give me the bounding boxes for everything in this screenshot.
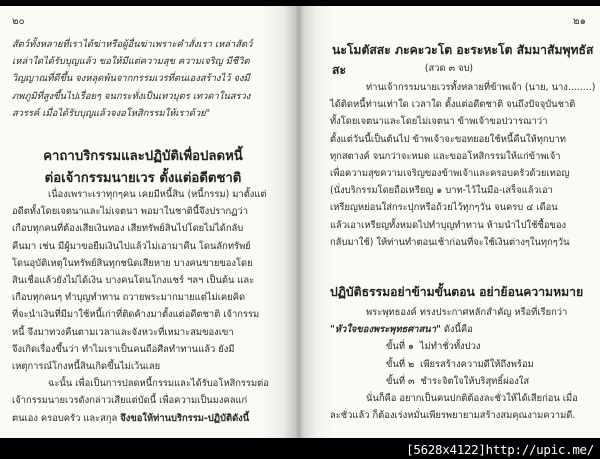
left-page: ๒๐ สัตว์ทั้งหลายที่เราได้ฆ่าหรือผู้อื่นฆ… [0,6,298,438]
chant-note: (สวด ๓ จบ) [298,60,600,77]
body-line: จึงเกิดเรื่องขึ้นว่า ทำไมเราเป็นคนถือศีล… [12,341,269,358]
prayer-line: (นั่งบริกรรมโดยถือเหรียญ ๑ บาท-ไว้ในมือ-… [330,182,595,199]
conclusion-line: นั่นก็คือ อยากเป็นคนปกติต้องละชั่วให้ได้… [330,390,578,407]
prayer-line: ทุกสตางค์ จนกว่าจะหมด และขออโหสิกรรมให้แ… [330,148,595,165]
prayer-line: แล้วเอาเหรียญทั้งหมดไปทำบุญทำทาน ห้ามนำไ… [330,217,595,234]
prayer-line: ท่านเจ้ากรรมนายเวรทั้งหลายที่ข้าพเจ้า (น… [330,79,595,96]
heading-line: คาถาบริกรรมและปฏิบัติเพื่อปลดหนี้ [0,146,286,168]
step-item: ขั้นที่ ๓ ชำระจิตใจให้บริสุทธิ์ผ่องใส [330,373,578,390]
body-line: เหตุการณ์โกงหนี้สินเกิดขึ้นไม่เว้นเลย [12,358,269,375]
section-heading: ปฏิบัติธรรมอย่าข้ามขั้นตอน อย่าย้อนความห… [330,282,583,302]
quote-line: ภพภูมิที่สูงขึ้นไปเรื่อยๆ จนกระทั่งเป็นเ… [12,88,252,105]
quote-bold: "หัวใจของพระพุทธศาสนา" [330,324,441,335]
step-item: ขั้นที่ ๒ เพียรสร้างความดีให้ถึงพร้อม [330,356,578,373]
quote-line: วิญญาณที่ดีขึ้น จงหลุดพ้นจากกรรมเวรที่ตน… [12,70,252,87]
book-spread: ๒๐ สัตว์ทั้งหลายที่เราได้ฆ่าหรือผู้อื่นฆ… [0,6,600,438]
body-paragraph: เนื่องเพราะเราทุกๆคน เคยมีหนี้สิน (หนี้ก… [12,186,269,427]
body-line: ตนเอง ครอบครัว และสกุล จึงขอให้ท่านบริกร… [12,410,269,427]
page-number: ๒๑ [573,14,586,29]
page-number: ๒๐ [12,14,25,29]
right-page: ๒๑ นะโมตัสสะ ภะคะวะโต อะระหะโต สัมมาสัมพ… [298,6,600,438]
prayer-line: เพื่อความสุขความเจริญของข้าพเจ้าและครอบค… [330,165,595,182]
body-line: หนี้ จึงมาทวงคืนตามเวลาและจังหวะที่เหมาะ… [12,324,269,341]
closing-plain: ตนเอง ครอบครัว และสกุล [12,413,120,424]
teaching-paragraph: พระพุทธองค์ ทรงประกาศหลักสำคัญ หรือที่เร… [330,304,578,424]
step-label: ขั้นที่ ๑ [386,341,414,352]
step-text: ชำระจิตใจให้บริสุทธิ์ผ่องใส [420,376,529,387]
dedication-quote: สัตว์ทั้งหลายที่เราได้ฆ่าหรือผู้อื่นฆ่าเ… [12,36,252,122]
quote-after: ดังนี้คือ [441,324,473,335]
quote-line: สวรรค์ เมื่อได้รับบุญแล้วจงอโหสิกรรมให้เ… [12,105,252,122]
body-line: คืนมา เช่น มีผู้มาขอยืมเงินไปแล้วไม่เอาม… [12,238,269,255]
section-heading: คาถาบริกรรมและปฏิบัติเพื่อปลดหนี้ ต่อเจ้… [0,146,286,190]
prayer-line: กลับมาใช้) ให้ท่านทำตอนเช้าก่อนที่จะใช้เ… [330,234,595,251]
step-label: ขั้นที่ ๓ [386,376,414,387]
watermark: [5628x4122]http://upic.me/ [406,442,594,457]
prayer-paragraph: ท่านเจ้ากรรมนายเวรทั้งหลายที่ข้าพเจ้า (น… [330,79,595,251]
body-line: อดีตทั้งโดยเจตนาและไม่เจตนา พอมาในชาตินี… [12,203,269,220]
body-line: เกือบทุกคนที่ต้องเสียเงินทอง เสียทรัพย์ส… [12,220,269,237]
body-line: ฉะนั้น เพื่อเป็นการปลดหนี้กรรมและได้รับอ… [12,375,269,392]
body-line: สินเชื่อแล้วยังไม่ได้เงิน บางคนโดนโกงแชร… [12,272,269,289]
intro-line: พระพุทธองค์ ทรงประกาศหลักสำคัญ หรือที่เร… [330,304,578,321]
quote-line: สัตว์ทั้งหลายที่เราได้ฆ่าหรือผู้อื่นฆ่าเ… [12,36,252,53]
step-text: เพียรสร้างความดีให้ถึงพร้อม [420,359,534,370]
prayer-line: ทั้งโดยเจตนาและโดยไม่เจตนา ข้าพเจ้าขอปวา… [330,113,595,130]
step-item: ขั้นที่ ๑ ไม่ทำชั่วทั้งปวง [330,338,578,355]
body-line: เจ้ากรรมนายเวรดังกล่าวเสียแต่บัดนี้ เพื่… [12,392,269,409]
body-line: เนื่องเพราะเราทุกๆคน เคยมีหนี้สิน (หนี้ก… [12,186,269,203]
conclusion-line: ละชั่วแล้ว ก็ต้องเร่งหมั่นเพียรพยายามสร้… [330,407,578,424]
body-line: เกือบทุกคนๆ ทำบุญทำทาน ถวายพระมากมายแต่ไ… [12,289,269,306]
quote-line: เหล่าใดได้รับบุญแล้ว ขอให้มีแต่ความสุข ค… [12,53,252,70]
step-label: ขั้นที่ ๒ [386,359,414,370]
step-text: ไม่ทำชั่วทั้งปวง [420,341,481,352]
closing-bold: จึงขอให้ท่านบริกรรม-ปฏิบัติดังนี้ [120,413,249,424]
prayer-line: ตั้งแต่วันนี้เป็นต้นไป ข้าพเจ้าจะขอทยอยใ… [330,131,595,148]
prayer-line: เหรียญหย่อนใส่กระปุกหรือถ้วยไว้ทุกๆวัน จ… [330,199,595,216]
body-line: โดนอุบัติเหตุในทรัพย์สินทุกชนิดเสียหาย บ… [12,255,269,272]
body-line: ที่จะนำเงินที่มีมาใช้หนี้เก่าที่ติดค้างม… [12,306,269,323]
prayer-line: ได้ติดหนี้ท่านเท่าใด เวลาใด ตั้งแต่อดีตช… [330,96,595,113]
quote-line: "หัวใจของพระพุทธศาสนา" ดังนี้คือ [330,321,578,338]
